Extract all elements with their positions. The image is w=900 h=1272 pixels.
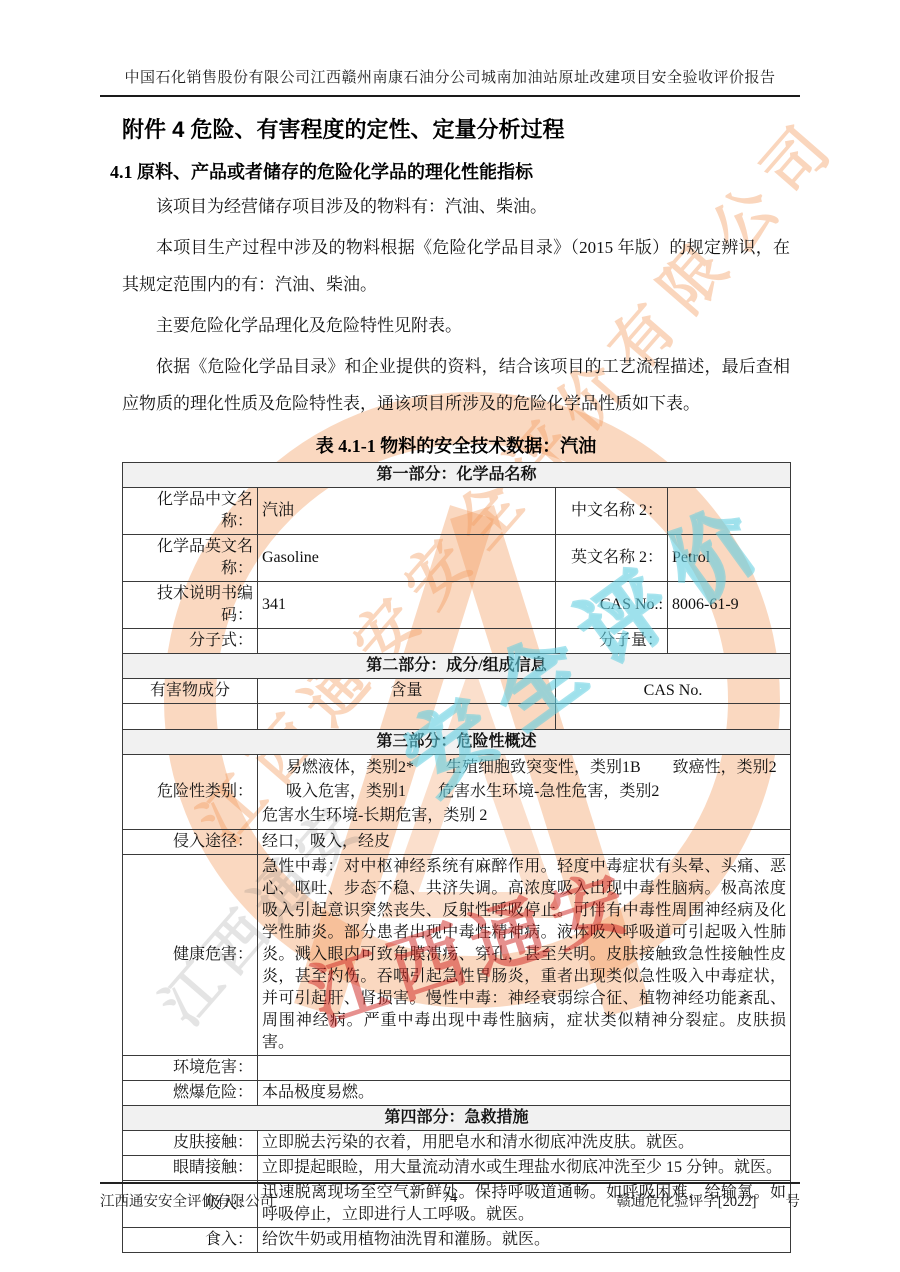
exposure-route-value: 经口，吸入，经皮	[258, 830, 791, 855]
page-footer: 江西通安安全评价有限公司 74 赣通危化验评字[2022] 号	[100, 1182, 800, 1211]
eye-contact-label: 眼睛接触：	[123, 1156, 258, 1181]
table-row: 燃爆危险： 本品极度易燃。	[123, 1081, 791, 1106]
safety-data-table: 第一部分：化学品名称 化学品中文名称： 汽油 中文名称 2： 化学品英文名称： …	[122, 462, 791, 1253]
part1-header-row: 第一部分：化学品名称	[123, 463, 791, 488]
footer-doc-number: 赣通危化验评字[2022] 号	[567, 1190, 800, 1211]
paragraph-materials: 该项目为经营储存项目涉及的物料有：汽油、柴油。	[122, 188, 790, 225]
cas-col-header: CAS No.	[556, 679, 791, 704]
ingestion-label: 食入：	[123, 1228, 258, 1253]
hazard-line: 易燃液体，类别2* 生殖细胞致突变性，类别1B 致癌性，类别2	[262, 756, 786, 780]
part4-header-row: 第四部分：急救措施	[123, 1106, 791, 1131]
table-caption: 表 4.1-1 物料的安全技术数据：汽油	[122, 432, 790, 458]
fire-hazard-label: 燃爆危险：	[123, 1081, 258, 1106]
en-name2-value: Petrol	[668, 535, 791, 582]
table-row: 化学品英文名称： Gasoline 英文名称 2： Petrol	[123, 535, 791, 582]
formula-value	[258, 629, 556, 654]
health-hazard-value: 急性中毒：对中枢神经系统有麻醉作用。轻度中毒症状有头晕、头痛、恶心、呕吐、步态不…	[258, 855, 791, 1056]
fire-hazard-value: 本品极度易燃。	[258, 1081, 791, 1106]
table-row: 皮肤接触： 立即脱去污染的衣着，用肥皂水和清水彻底冲洗皮肤。就医。	[123, 1131, 791, 1156]
part2-title: 第二部分：成分/组成信息	[123, 654, 791, 679]
tech-code-value: 341	[258, 582, 556, 629]
paragraph-properties: 主要危险化学品理化及危险特性见附表。	[122, 307, 790, 344]
report-page: 江西通安安全评价有限公司 江西通安 中国石化销售股份有限公司江西赣州南康石油分公…	[0, 0, 900, 1272]
en-name-value: Gasoline	[258, 535, 556, 582]
env-hazard-label: 环境危害：	[123, 1056, 258, 1081]
cn-name-label: 化学品中文名称：	[123, 488, 258, 535]
table-row: 环境危害：	[123, 1056, 791, 1081]
formula-label: 分子式：	[123, 629, 258, 654]
part1-title: 第一部分：化学品名称	[123, 463, 791, 488]
env-hazard-value	[258, 1056, 791, 1081]
table-row: 危险性类别： 易燃液体，类别2* 生殖细胞致突变性，类别1B 致癌性，类别2 吸…	[123, 755, 791, 830]
table-row: 化学品中文名称： 汽油 中文名称 2：	[123, 488, 791, 535]
cas-empty-cell	[556, 704, 791, 730]
hazard-class-value: 易燃液体，类别2* 生殖细胞致突变性，类别1B 致癌性，类别2 吸入危害，类别1…	[258, 755, 791, 830]
cn-name-value: 汽油	[258, 488, 556, 535]
hazard-class-label: 危险性类别：	[123, 755, 258, 830]
table-row: 分子式： 分子量：	[123, 629, 791, 654]
part4-title: 第四部分：急救措施	[123, 1106, 791, 1131]
report-header: 中国石化销售股份有限公司江西赣州南康石油分公司城南加油站原址改建项目安全验收评价…	[100, 66, 800, 97]
hazard-line: 危害水生环境-长期危害，类别 2	[262, 804, 786, 828]
content-col-header: 含量	[258, 679, 556, 704]
table-row: 食入： 给饮牛奶或用植物油洗胃和灌肠。就医。	[123, 1228, 791, 1253]
table-row: 眼睛接触： 立即提起眼睑，用大量流动清水或生理盐水彻底冲洗至少 15 分钟。就医…	[123, 1156, 791, 1181]
table-row: 健康危害： 急性中毒：对中枢神经系统有麻醉作用。轻度中毒症状有头晕、头痛、恶心、…	[123, 855, 791, 1056]
paragraph-basis: 依据《危险化学品目录》和企业提供的资料，结合该项目的工艺流程描述，最后查相应物质…	[122, 348, 790, 422]
mol-weight-label: 分子量：	[556, 629, 668, 654]
skin-contact-value: 立即脱去污染的衣着，用肥皂水和清水彻底冲洗皮肤。就医。	[258, 1131, 791, 1156]
table-row: 技术说明书编码： 341 CAS No.: 8006-61-9	[123, 582, 791, 629]
hazard-line: 吸入危害，类别1 危害水生环境-急性危害，类别2	[262, 780, 786, 804]
part3-header-row: 第三部分：危险性概述	[123, 730, 791, 755]
content-empty-cell	[258, 704, 556, 730]
en-name2-label: 英文名称 2：	[556, 535, 668, 582]
footer-company: 江西通安安全评价有限公司	[100, 1190, 333, 1211]
table-row: 有害物成分 含量 CAS No.	[123, 679, 791, 704]
component-col-header: 有害物成分	[123, 679, 258, 704]
table-row	[123, 704, 791, 730]
table-row: 侵入途径： 经口，吸入，经皮	[123, 830, 791, 855]
component-empty-cell	[123, 704, 258, 730]
cas-value: 8006-61-9	[668, 582, 791, 629]
mol-weight-value	[668, 629, 791, 654]
cn-name2-label: 中文名称 2：	[556, 488, 668, 535]
cas-label: CAS No.:	[556, 582, 668, 629]
exposure-route-label: 侵入途径：	[123, 830, 258, 855]
skin-contact-label: 皮肤接触：	[123, 1131, 258, 1156]
ingestion-value: 给饮牛奶或用植物油洗胃和灌肠。就医。	[258, 1228, 791, 1253]
en-name-label: 化学品英文名称：	[123, 535, 258, 582]
section-heading: 4.1 原料、产品或者储存的危险化学品的理化性能指标	[110, 158, 800, 184]
document-content: 中国石化销售股份有限公司江西赣州南康石油分公司城南加油站原址改建项目安全验收评价…	[100, 66, 800, 1253]
tech-code-label: 技术说明书编码：	[123, 582, 258, 629]
attachment-title: 附件 4 危险、有害程度的定性、定量分析过程	[122, 113, 800, 144]
health-hazard-label: 健康危害：	[123, 855, 258, 1056]
part2-header-row: 第二部分：成分/组成信息	[123, 654, 791, 679]
eye-contact-value: 立即提起眼睑，用大量流动清水或生理盐水彻底冲洗至少 15 分钟。就医。	[258, 1156, 791, 1181]
part3-title: 第三部分：危险性概述	[123, 730, 791, 755]
cn-name2-value	[668, 488, 791, 535]
footer-page-number: 74	[333, 1190, 566, 1211]
paragraph-catalog: 本项目生产过程中涉及的物料根据《危险化学品目录》（2015 年版）的规定辨识，在…	[122, 229, 790, 303]
